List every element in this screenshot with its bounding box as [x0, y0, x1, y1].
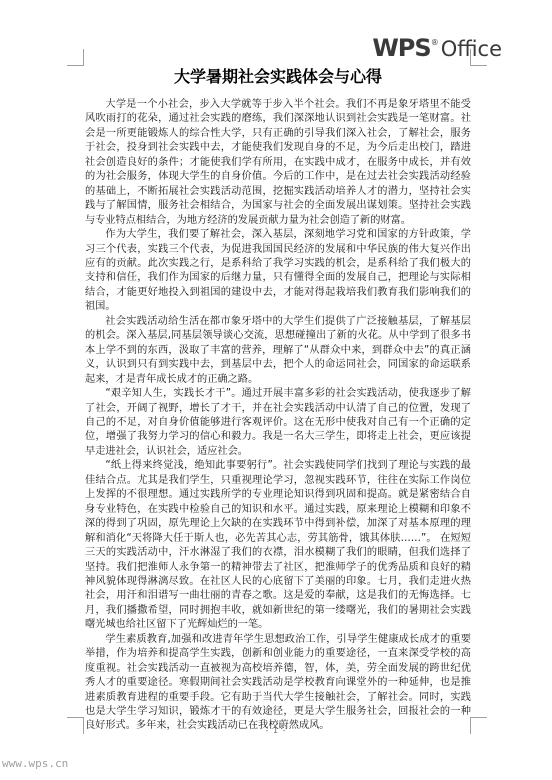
document-title: 大学暑期社会实践体会与心得 — [85, 64, 471, 87]
body-paragraph: 大学是一个小社会，步入大学就等于步入半个社会。我们不再是象牙塔里不能受风吹雨打的… — [85, 98, 471, 228]
body-paragraph: 社会实践活动给生活在都市象牙塔中的大学生们提供了广泛接触基层，了解基层的机会。深… — [85, 315, 471, 387]
body-paragraph: 作为大学生，我们要了解社会，深入基层，深刻地学习党和国家的方针政策，学习三个代表… — [85, 228, 471, 315]
body-paragraph: “纸上得来终觉浅，绝知此事要躬行”。社会实践使同学们找到了理论与实践的最佳结合点… — [85, 459, 471, 632]
document-body: 大学是一个小社会，步入大学就等于步入半个社会。我们不再是象牙塔里不能受风吹雨打的… — [85, 98, 471, 734]
logo-wps-text: WPS — [372, 34, 430, 62]
page-number: - 1 - — [0, 726, 552, 735]
body-paragraph: “艰辛知人生，实践长才干”。通过开展丰富多彩的社会实践活动，使我逐步了解了社会，… — [85, 387, 471, 459]
registered-trademark-icon: ® — [431, 38, 439, 47]
margin-crop-mark-top-right — [470, 49, 487, 66]
margin-crop-mark-top-left — [67, 49, 84, 66]
site-watermark: www.wps.cn — [2, 757, 68, 770]
body-paragraph: 学生素质教育,加强和改进青年学生思想政治工作，引导学生健康成长成才的重要举措，作… — [85, 633, 471, 734]
